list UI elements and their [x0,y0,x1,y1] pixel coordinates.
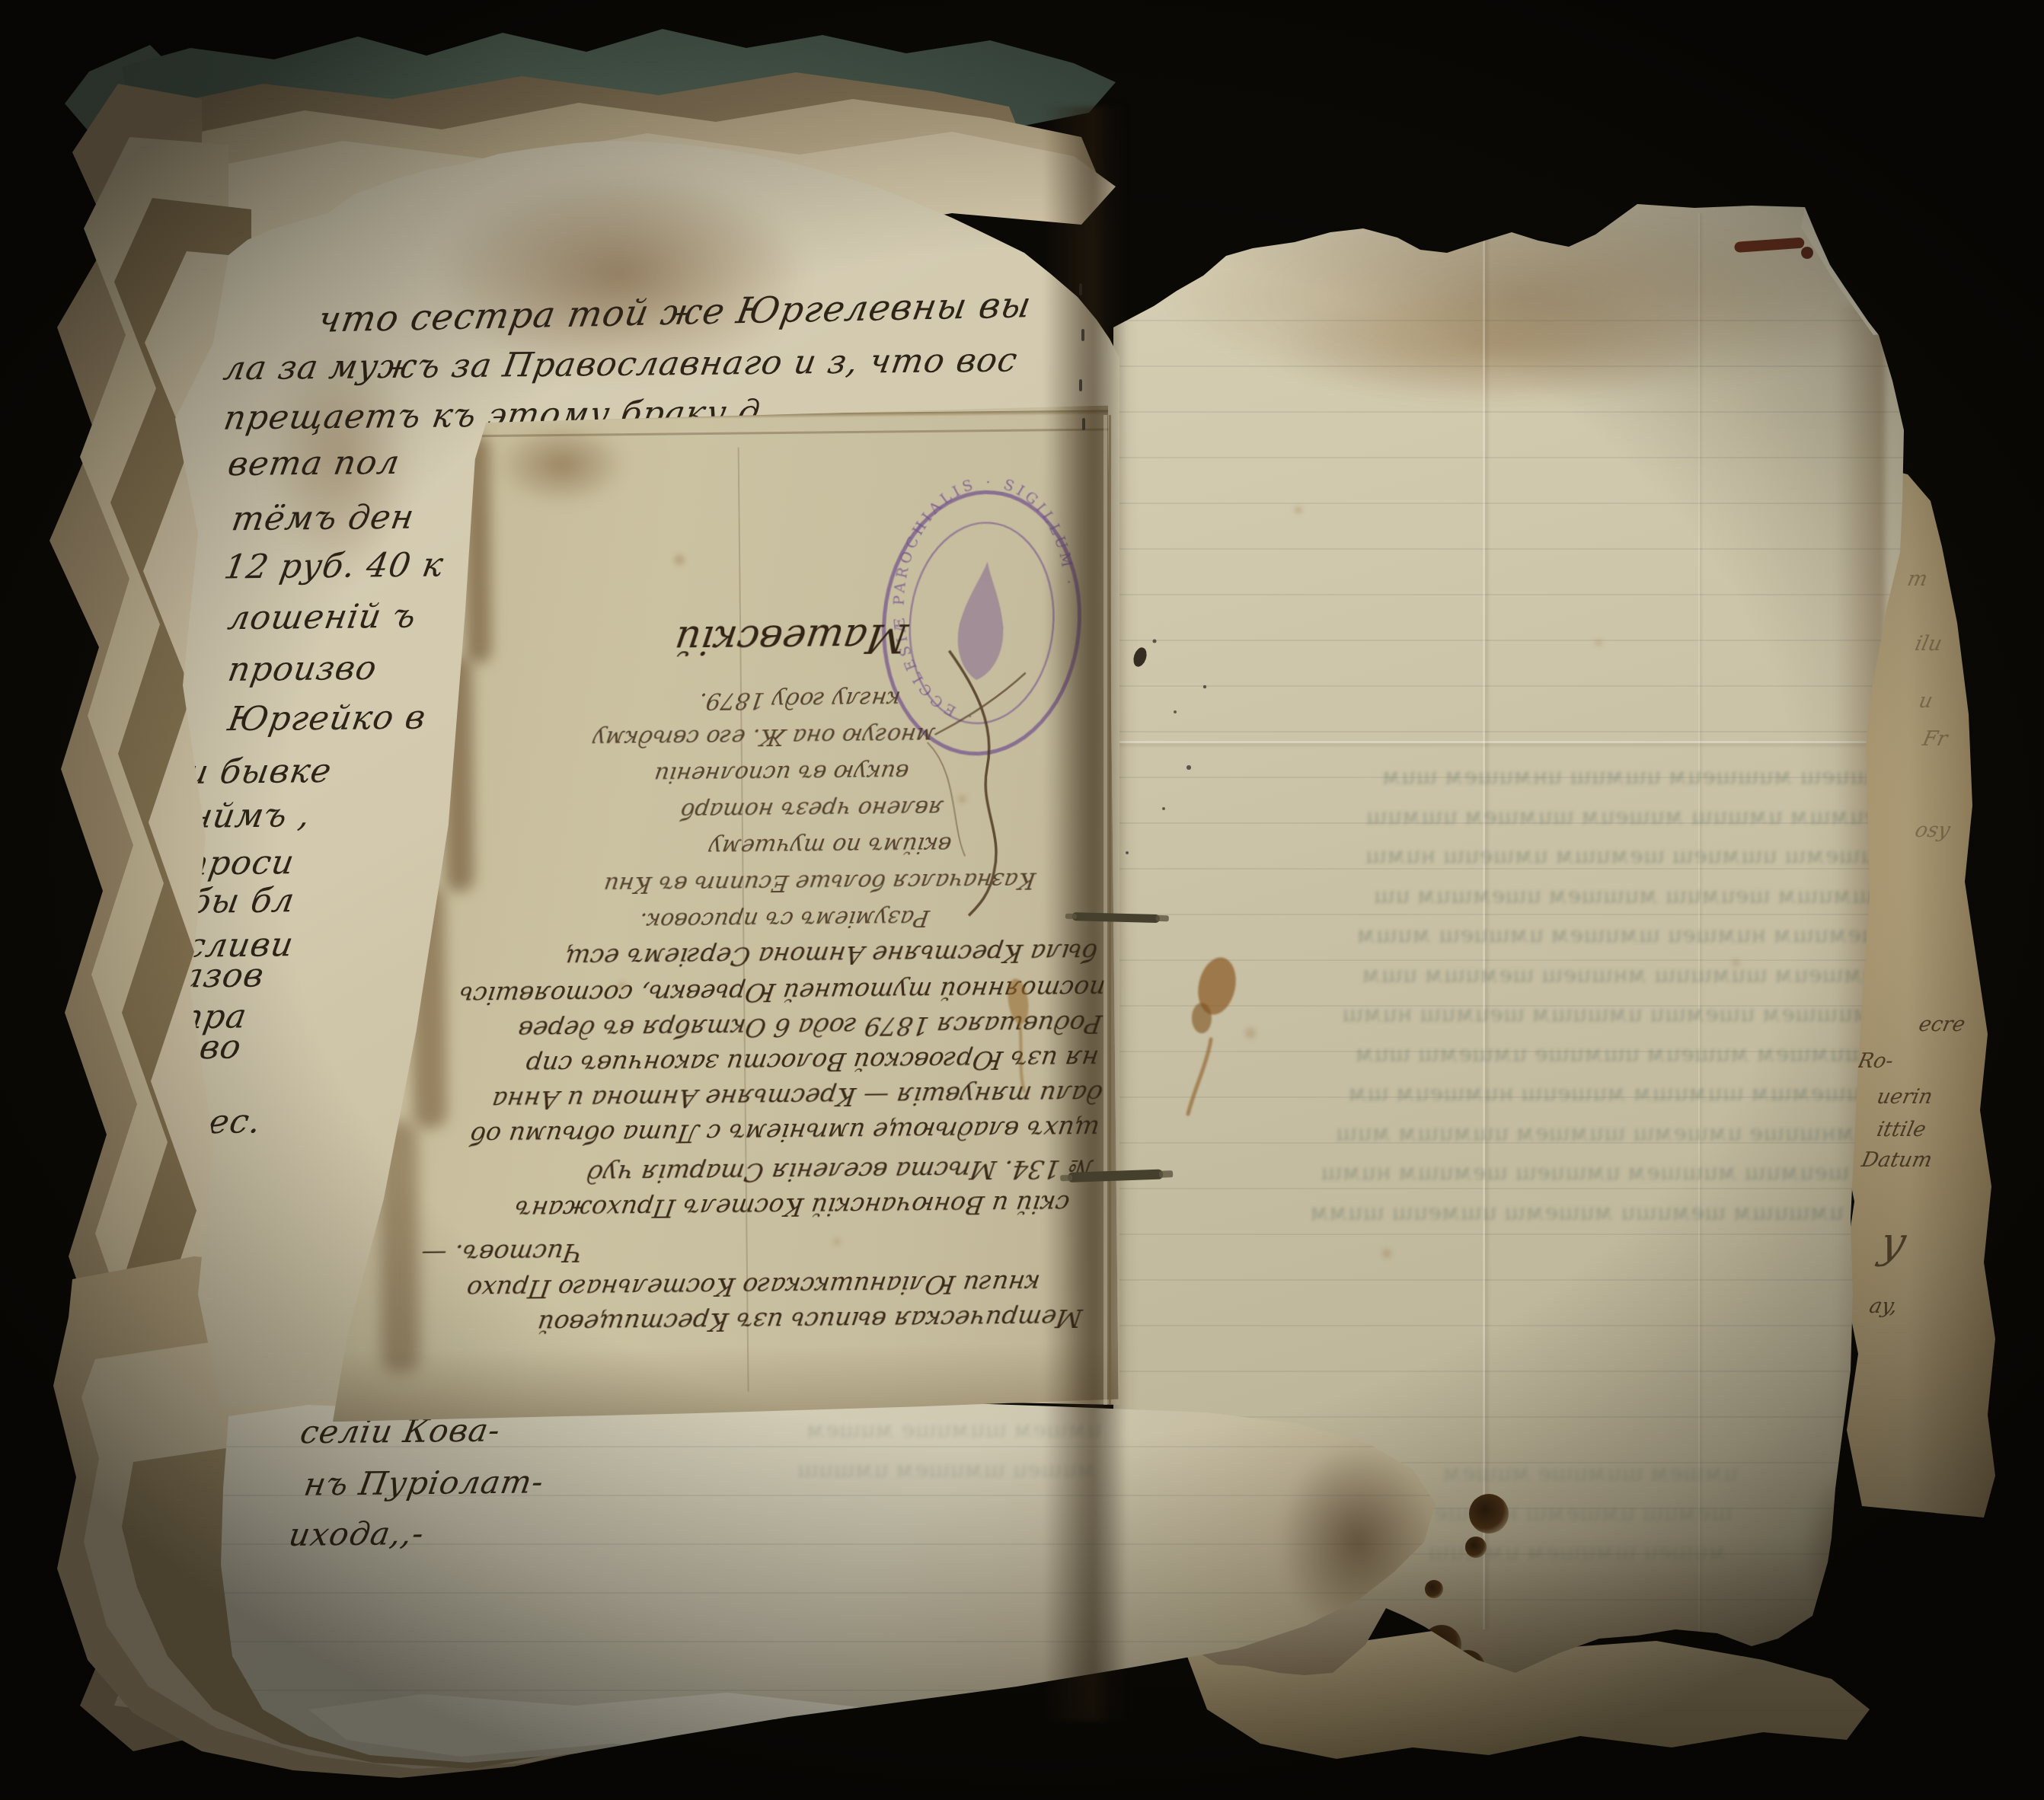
archival-scan: m ilu u Fr osy ecre Ro- uerin ittile Dat… [0,0,2044,1800]
certificate-line: № 134. Мѣста вселенія Старшія чуд [343,1154,1094,1192]
foxing-dot [1733,959,1739,966]
showthrough-line: ишемшм шимишм мишеиш нимшеим шм [1188,1074,1864,1114]
foxing-dot [1245,1028,1256,1039]
latin-fragment: Fr [1921,727,1950,751]
certificate-line: Метрическая выпись изъ Крестищевой [345,1303,1084,1341]
showthrough-text: имшиеш мишшеим ишмиш инмишем шим шеимшм … [1139,758,1908,1466]
showthrough-line: мншише имшемш шимшем ишмишм миш [1182,1114,1857,1154]
certificate-line: скій и Вонючанскій Костелъ Прихожанъ [343,1189,1072,1227]
torn-white-strip [308,1687,1184,1759]
certificate-line: книги Юліанишкскаго Костельнаго Прихо [344,1268,1042,1306]
stain-band-top [1199,282,1778,411]
manuscript-line: ла за мужъ за Православнаго и з, что вос [221,343,1020,388]
foxing-dot [1295,506,1302,514]
manuscript-line: лошеній ъ [225,598,419,637]
certificate-line: была Крестьяне Антона Сергіемъ есщ [341,937,1100,975]
certificate-line: щихъ владѣюще имѣніемъ с Лита обѣими об [343,1114,1101,1152]
manuscript-line: нймъ , [187,797,313,835]
manuscript-line: и бывке [184,753,334,791]
latin-fragment: Datum [1860,1148,1934,1172]
latin-fragment: u [1917,689,1935,713]
showthrough-line: имшеим шимшиш мншиеш шемишм ишм [1205,956,1880,995]
latin-fragment: ittile [1875,1118,1928,1141]
manuscript-line: вета пол [225,445,403,484]
certificate-line: ня изъ Юрговской Волости закончивъ спр [342,1044,1100,1082]
foxing-dot [1382,1249,1391,1258]
foxing-dot [618,981,627,991]
certificate-line: Чистовъ. — [344,1237,585,1270]
burn-spot [1469,1494,1509,1534]
foxing-dot [674,554,685,565]
certificate-line: дали тянувшія — Крестьяне Антона и Анна [343,1079,1105,1117]
showthrough-line: мишшем ишемши имшишм шеимиш нимш [1199,995,1874,1035]
showthrough-line: шеимиш мишшем имшиеш шемишм нимш [1177,1154,1852,1193]
showthrough-line: имшишм шемиши мишемш ишмеиш шимм [1171,1193,1847,1233]
showthrough-line: шимшем мишеим ишмише имшемш шим [1193,1035,1869,1074]
latin-fragment: ilu [1913,632,1944,656]
manuscript-line: тёмъ ден [229,499,417,538]
latin-fragment: uerin [1875,1085,1935,1109]
fragment-text: нъ Пуріолат- [302,1464,547,1502]
latin-fragment: osy [1913,819,1953,842]
showthrough-line: имшиеш мишшеим ишмиш инмишем шим [1232,758,1908,797]
latin-fragment: Ro- [1856,1049,1895,1073]
manuscript-line: произво [225,650,380,688]
crease-horizontal [1108,741,1870,743]
latin-fragment: ay, [1867,1294,1900,1318]
fragment-text: ихода,,- [286,1516,427,1553]
certificate-line: постоянной тутошней Юрьевкѣ, состоявшісь [341,974,1107,1013]
manuscript-line: бы бл [187,882,298,921]
foxing-dot [833,1238,840,1245]
showthrough-line: мишемш ишмиеш шемишм имшеиш нимш [1221,837,1896,876]
latin-fragment: m [1905,567,1930,591]
certificate-line: Родившаяся 1879 года 6 Октября въ дерев [342,1009,1104,1047]
manuscript-line: Юргейко в [225,700,429,739]
foxing-dot [958,795,966,803]
manuscript-line: 12 руб. 40 к [222,547,446,586]
showthrough-line: шеимшм имшиш мишеим шимшем ишмиш [1227,797,1902,837]
latin-fragment: ecre [1917,1013,1968,1036]
showthrough-line: шемишм нимшеи шмишем имшиеш мишм [1210,916,1886,956]
showthrough-line: ишмишм шеимиш мишшем ишемшим иш [1215,876,1891,916]
insert-corner-blotch [482,418,658,511]
latin-fragment: y [1876,1218,1910,1268]
foxing-dot [1595,640,1602,646]
